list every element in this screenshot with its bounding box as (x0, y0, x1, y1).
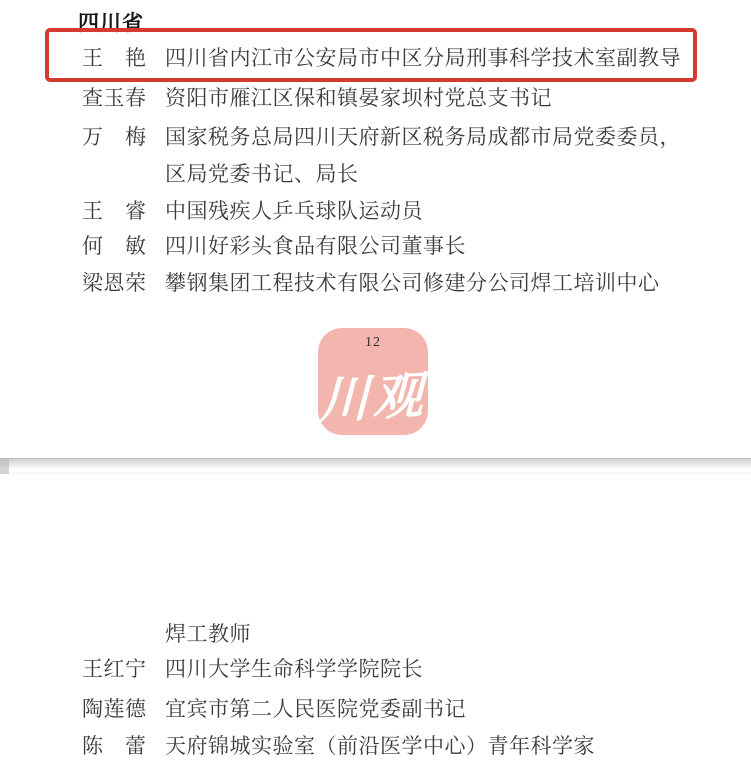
chuanguan-logo-text: 川观 (317, 355, 428, 433)
page-number: 12 (318, 335, 428, 351)
chuanguan-logo: 12 川观 (318, 328, 428, 435)
entry-role: 攀钢集团工程技术有限公司修建分公司焊工培训中心 (165, 272, 660, 294)
entry-name: 王红宁 (82, 658, 147, 680)
document-page: 四川省 王 艳 四川省内江市公安局市中区分局刑事科学技术室副教导 查玉春 资阳市… (0, 0, 751, 765)
entry-name: 陈 蕾 (82, 735, 147, 757)
entry-role: 区局党委书记、局长 (165, 163, 359, 185)
entry-role: 资阳市雁江区保和镇晏家坝村党总支书记 (165, 87, 552, 109)
entry-name: 梁恩荣 (82, 272, 147, 294)
entry-role: 中国残疾人乒乓球队运动员 (165, 200, 423, 222)
entry-role: 四川省内江市公安局市中区分局刑事科学技术室副教导 (165, 47, 681, 69)
page-separator (0, 458, 751, 474)
entry-name: 王 艳 (82, 47, 147, 69)
page-separator-edge (0, 459, 9, 474)
entry-name: 查玉春 (82, 87, 147, 109)
entry-role: 四川好彩头食品有限公司董事长 (165, 235, 466, 257)
entry-name: 何 敏 (82, 235, 147, 257)
entry-name: 陶莲德 (82, 698, 147, 720)
entry-role: 宜宾市第二人民医院党委副书记 (165, 698, 466, 720)
entry-name: 万 梅 (82, 126, 147, 148)
entry-name: 王 睿 (82, 200, 147, 222)
entry-role: 焊工教师 (165, 623, 251, 645)
entry-role: 四川大学生命科学学院院长 (165, 658, 423, 680)
entry-role: 国家税务总局四川天府新区税务局成都市局党委委员， (165, 126, 681, 148)
entry-role: 天府锦城实验室（前沿医学中心）青年科学家 (165, 735, 595, 757)
